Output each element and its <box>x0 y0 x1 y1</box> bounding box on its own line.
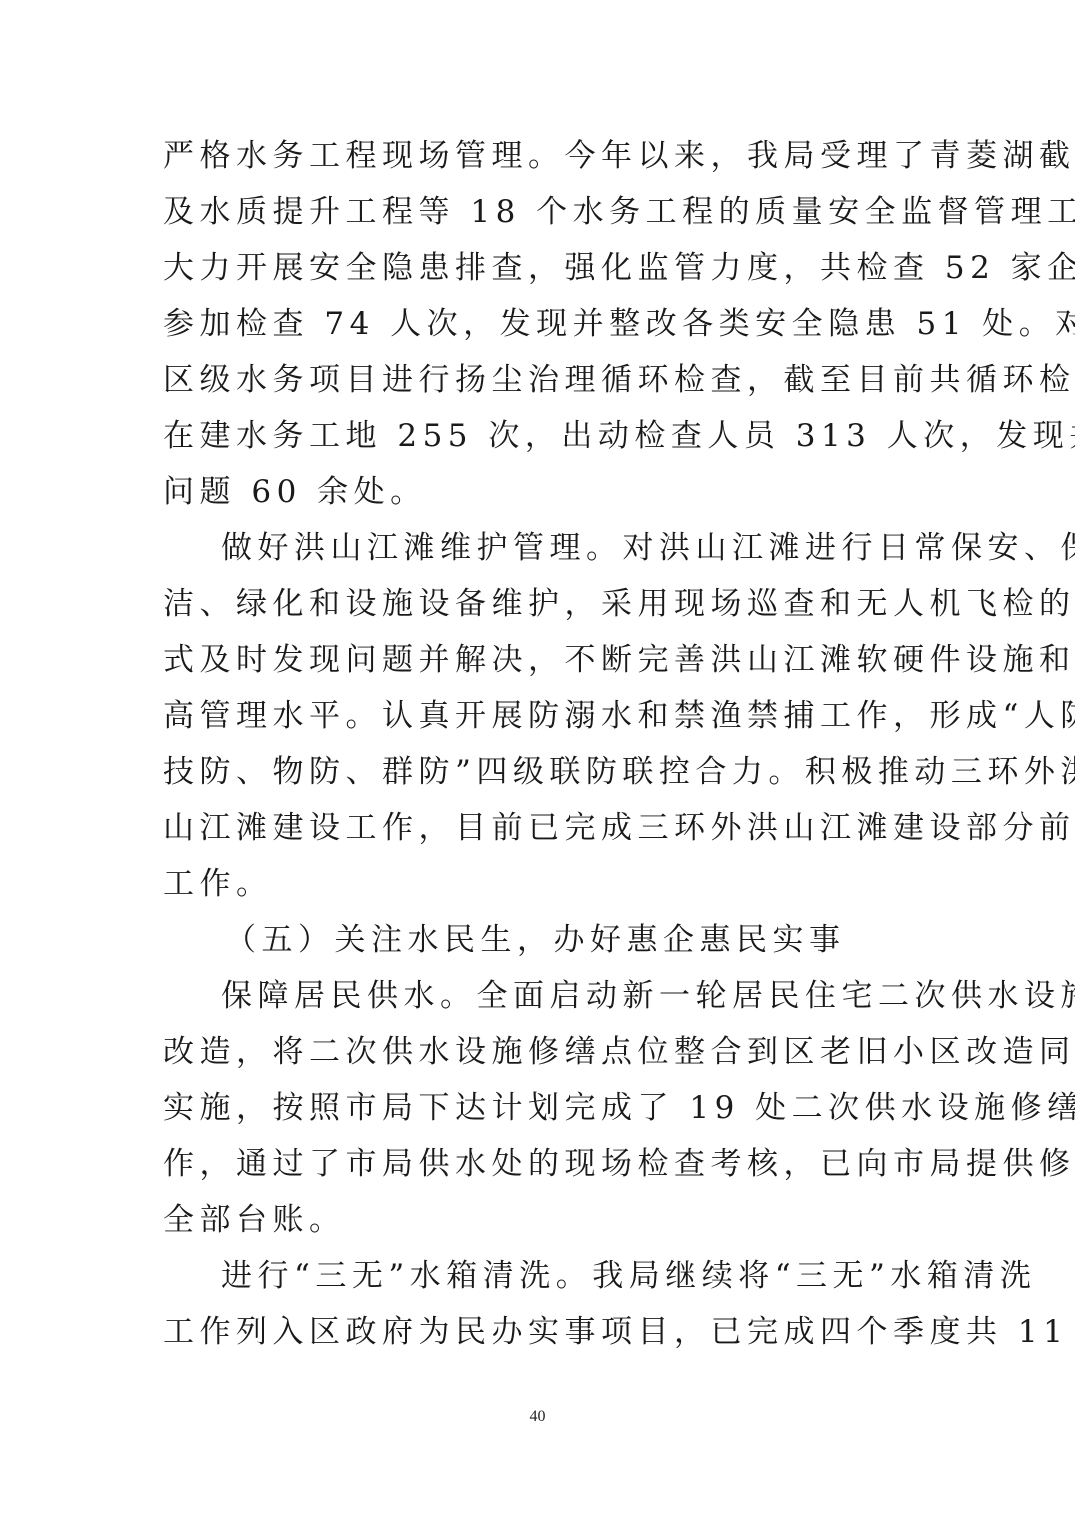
document-page: 严格水务工程现场管理。今年以来，我局受理了青菱湖截污 及水质提升工程等 18 个… <box>0 0 1075 1520</box>
paragraph-quality-safety-supervision: 严格水务工程现场管理。今年以来，我局受理了青菱湖截污 及水质提升工程等 18 个… <box>163 128 925 520</box>
document-body: 严格水务工程现场管理。今年以来，我局受理了青菱湖截污 及水质提升工程等 18 个… <box>163 128 925 1360</box>
section-heading: （五）关注水民生，办好惠企惠民实事 <box>163 912 925 968</box>
text-line: 山江滩建设工作，目前已完成三环外洪山江滩建设部分前期 <box>163 800 925 856</box>
text-line: 参加检查 74 人次，发现并整改各类安全隐患 51 处。对 5 处 <box>163 296 925 352</box>
paragraph-river-beach-maintenance: 做好洪山江滩维护管理。对洪山江滩进行日常保安、保 洁、绿化和设施设备维护，采用现… <box>163 520 925 912</box>
text-line: 高管理水平。认真开展防溺水和禁渔禁捕工作，形成“人防、 <box>163 688 925 744</box>
text-line: 洁、绿化和设施设备维护，采用现场巡查和无人机飞检的方 <box>163 576 925 632</box>
paragraph-water-tank-cleaning: 进行“三无”水箱清洗。我局继续将“三无”水箱清洗 工作列入区政府为民办实事项目，… <box>163 1248 925 1360</box>
text-line: 保障居民供水。全面启动新一轮居民住宅二次供水设施 <box>163 968 925 1024</box>
text-line: 全部台账。 <box>163 1192 925 1248</box>
text-line: 技防、物防、群防”四级联防联控合力。积极推动三环外洪 <box>163 744 925 800</box>
text-line: 作，通过了市局供水处的现场检查考核，已向市局提供修缮 <box>163 1136 925 1192</box>
text-line: 工作列入区政府为民办实事项目，已完成四个季度共 11 个 <box>163 1304 925 1360</box>
text-line: 改造，将二次供水设施修缮点位整合到区老旧小区改造同步 <box>163 1024 925 1080</box>
text-line: 做好洪山江滩维护管理。对洪山江滩进行日常保安、保 <box>163 520 925 576</box>
text-line: 进行“三无”水箱清洗。我局继续将“三无”水箱清洗 <box>163 1248 925 1304</box>
text-line: 式及时发现问题并解决，不断完善洪山江滩软硬件设施和提 <box>163 632 925 688</box>
page-number: 40 <box>0 1408 1075 1426</box>
text-line: 大力开展安全隐患排查，强化监管力度，共检查 52 家企业， <box>163 240 925 296</box>
text-line: 在建水务工地 255 次，出动检查人员 313 人次，发现并整改 <box>163 408 925 464</box>
text-line: 区级水务项目进行扬尘治理循环检查，截至目前共循环检查 <box>163 352 925 408</box>
text-line: 实施，按照市局下达计划完成了 19 处二次供水设施修缮工 <box>163 1080 925 1136</box>
text-line: 及水质提升工程等 18 个水务工程的质量安全监督管理工作。 <box>163 184 925 240</box>
text-line: 工作。 <box>163 856 925 912</box>
text-line: 严格水务工程现场管理。今年以来，我局受理了青菱湖截污 <box>163 128 925 184</box>
paragraph-resident-water-supply: 保障居民供水。全面启动新一轮居民住宅二次供水设施 改造，将二次供水设施修缮点位整… <box>163 968 925 1248</box>
text-line: 问题 60 余处。 <box>163 464 925 520</box>
